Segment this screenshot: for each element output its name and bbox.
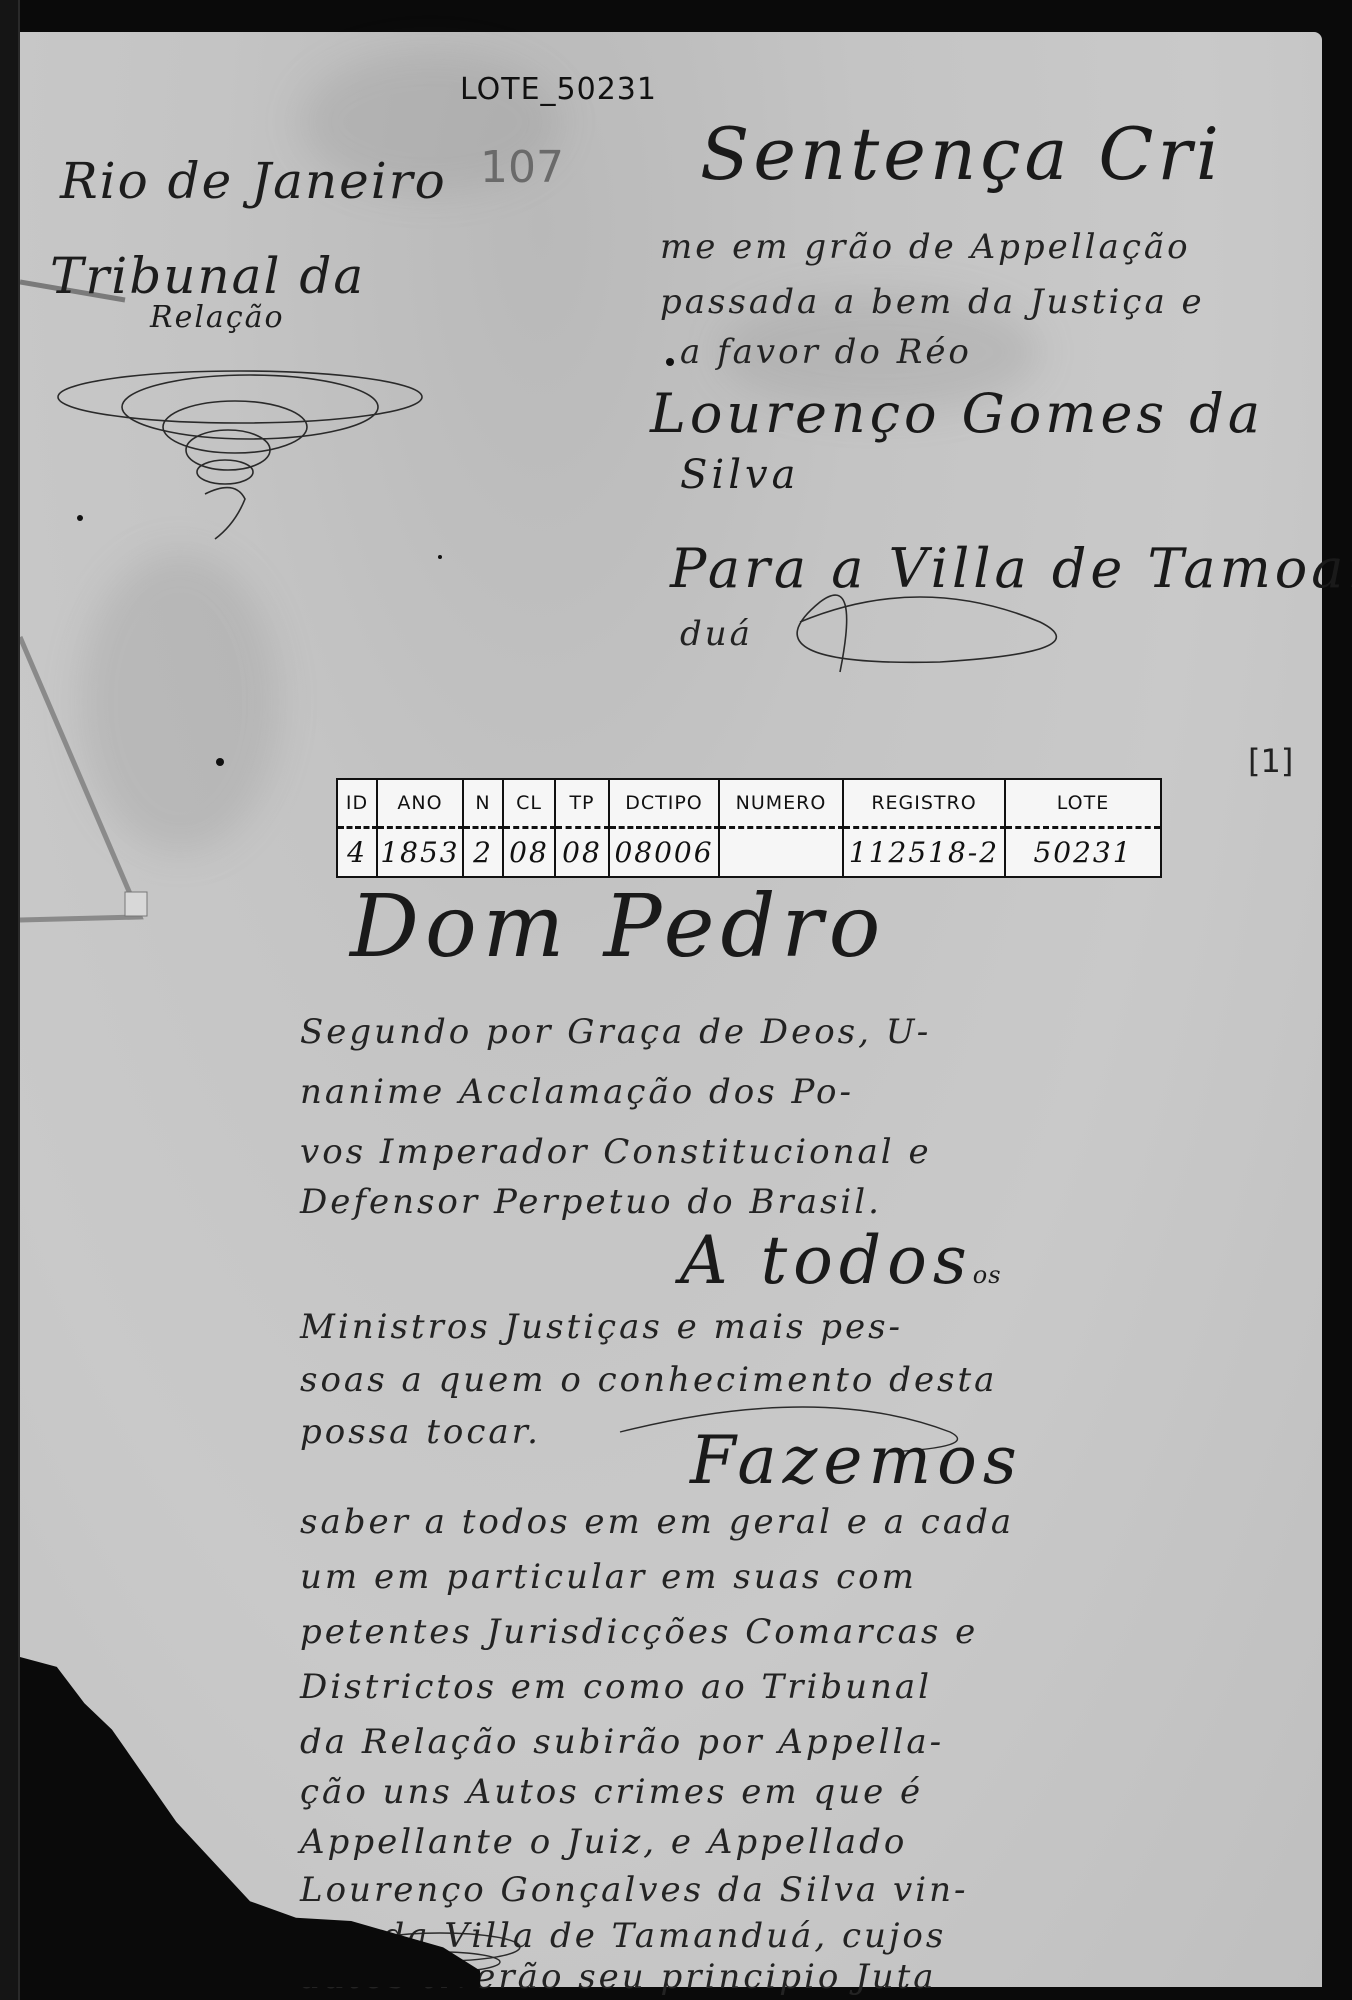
val-dctipo: 08006 [609, 828, 719, 877]
water-stain [80, 552, 280, 852]
col-lote: LOTE [1005, 780, 1160, 828]
pencil-folio-number: 107 [480, 142, 564, 193]
catalog-table: ID ANO N CL TP DCTIPO NUMERO REGISTRO LO… [338, 780, 1160, 876]
val-id: 4 [338, 828, 377, 877]
lot-stamp: LOTE_50231 [460, 72, 657, 107]
para1-line2: nanime Acclamação dos Po- [300, 1072, 854, 1112]
manuscript-page: LOTE_50231 107 [1] Rio de Janeiro Tribun… [20, 32, 1322, 1987]
col-registro: REGISTRO [843, 780, 1005, 828]
para3-line6: ção uns Autos crimes em que é [300, 1772, 923, 1812]
heading-fazemos: Fazemos [690, 1422, 1023, 1499]
col-cl: CL [503, 780, 555, 828]
col-dctipo: DCTIPO [609, 780, 719, 828]
para1-line4: Defensor Perpetuo do Brasil. [300, 1182, 882, 1222]
para3-line1: saber a todos em em geral e a cada [300, 1502, 1014, 1542]
para3-line7: Appellante o Juiz, e Appellado [300, 1822, 907, 1862]
heading-dom-pedro: Dom Pedro [350, 877, 886, 977]
page-marker: [1] [1248, 742, 1293, 780]
header-line-3: a favor do Réo [680, 332, 972, 372]
para2-line1: Ministros Justiças e mais pes- [300, 1307, 903, 1347]
catalog-header-row: ID ANO N CL TP DCTIPO NUMERO REGISTRO LO… [338, 780, 1160, 828]
para3-line4: Districtos em como ao Tribunal [300, 1667, 932, 1707]
col-n: N [463, 780, 503, 828]
para3-line2: um em particular em suas com [300, 1557, 917, 1597]
val-lote: 50231 [1005, 828, 1160, 877]
para1-line1: Segundo por Graça de Deos, U- [300, 1012, 931, 1052]
col-tp: TP [555, 780, 609, 828]
col-id: ID [338, 780, 377, 828]
header-line-1: me em grão de Appellação [660, 227, 1191, 267]
destination-cont: duá [680, 614, 753, 654]
catalog-label: ID ANO N CL TP DCTIPO NUMERO REGISTRO LO… [336, 778, 1162, 878]
para1-line3: vos Imperador Constitucional e [300, 1132, 932, 1172]
col-numero: NUMERO [719, 780, 843, 828]
binding-spine [0, 0, 20, 2000]
val-ano: 1853 [377, 828, 463, 877]
para3-line5: da Relação subirão por Appella- [300, 1722, 944, 1762]
heading-a-todos-text: A todos [680, 1222, 973, 1299]
para3-line8: Lourenço Gonçalves da Silva vin- [300, 1870, 968, 1910]
val-registro: 112518-2 [843, 828, 1005, 877]
defendant-name: Lourenço Gomes da [650, 382, 1264, 445]
col-ano: ANO [377, 780, 463, 828]
para3-line3: petentes Jurisdicções Comarcas e [300, 1612, 978, 1652]
margin-relacao: Relação [150, 300, 285, 335]
heading-a-todos: A todosos [680, 1222, 1002, 1299]
val-cl: 08 [503, 828, 555, 877]
heading-a-todos-suffix: os [973, 1261, 1002, 1289]
val-tp: 08 [555, 828, 609, 877]
para2-line3: possa tocar. [300, 1412, 541, 1452]
margin-place: Rio de Janeiro [60, 152, 447, 210]
val-n: 2 [463, 828, 503, 877]
catalog-value-row: 4 1853 2 08 08 08006 112518-2 50231 [338, 828, 1160, 877]
document-title: Sentença Cri [700, 112, 1223, 196]
val-numero [719, 828, 843, 877]
destination: Para a Villa de Tamoan [670, 537, 1352, 600]
margin-tribunal: Tribunal da [50, 247, 365, 305]
para2-line2: soas a quem o conhecimento desta [300, 1360, 997, 1400]
header-line-2: passada a bem da Justiça e [660, 282, 1205, 322]
defendant-surname: Silva [680, 452, 799, 498]
